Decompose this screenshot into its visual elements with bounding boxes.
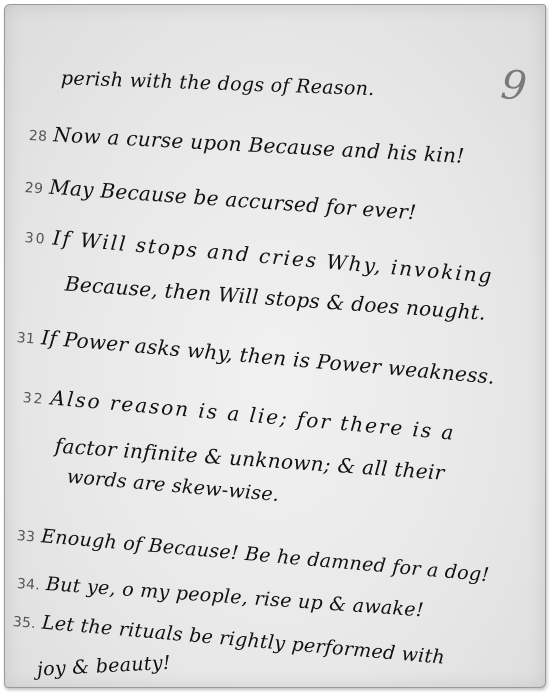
manuscript-line: 28Now a curse upon Because and his kin! [28,121,465,168]
verse-number: 30 [24,230,47,248]
verse-number [55,72,56,88]
verse-number: 28 [28,128,47,145]
verse-number: 31 [16,330,36,348]
verse-number [58,278,59,294]
verse-number [31,664,32,680]
line-text: Also reason is a lie; for there is a [50,385,457,444]
line-text: words are skew-wise. [66,466,280,506]
verse-number: 33 [16,528,36,546]
verse-number: 35. [12,614,36,632]
verse-number: 29 [24,180,43,197]
verse-number: 34. [16,576,40,594]
line-text: joy & beauty! [36,652,171,681]
line-text: If Power asks why, then is Power weaknes… [40,325,496,389]
line-text: But ye, o my people, rise up & awake! [45,573,424,621]
manuscript-line: 29May Because be accursed for ever! [24,173,417,224]
verse-number [48,440,49,456]
manuscript-line: 31If Power asks why, then is Power weakn… [16,323,496,389]
line-text: May Because be accursed for ever! [49,175,418,225]
manuscript-line: words are skew-wise. [60,465,280,506]
line-text: Now a curse upon Because and his kin! [53,122,465,168]
page-number: 9 [499,62,529,110]
manuscript-line: perish with the dogs of Reason. [55,67,375,100]
verse-number: 32 [22,390,45,408]
verse-number [60,470,61,486]
line-text: perish with the dogs of Reason. [61,67,375,100]
manuscript-line: joy & beauty! [30,652,171,681]
manuscript-page: 9 perish with the dogs of Reason. 28Now … [4,4,546,688]
